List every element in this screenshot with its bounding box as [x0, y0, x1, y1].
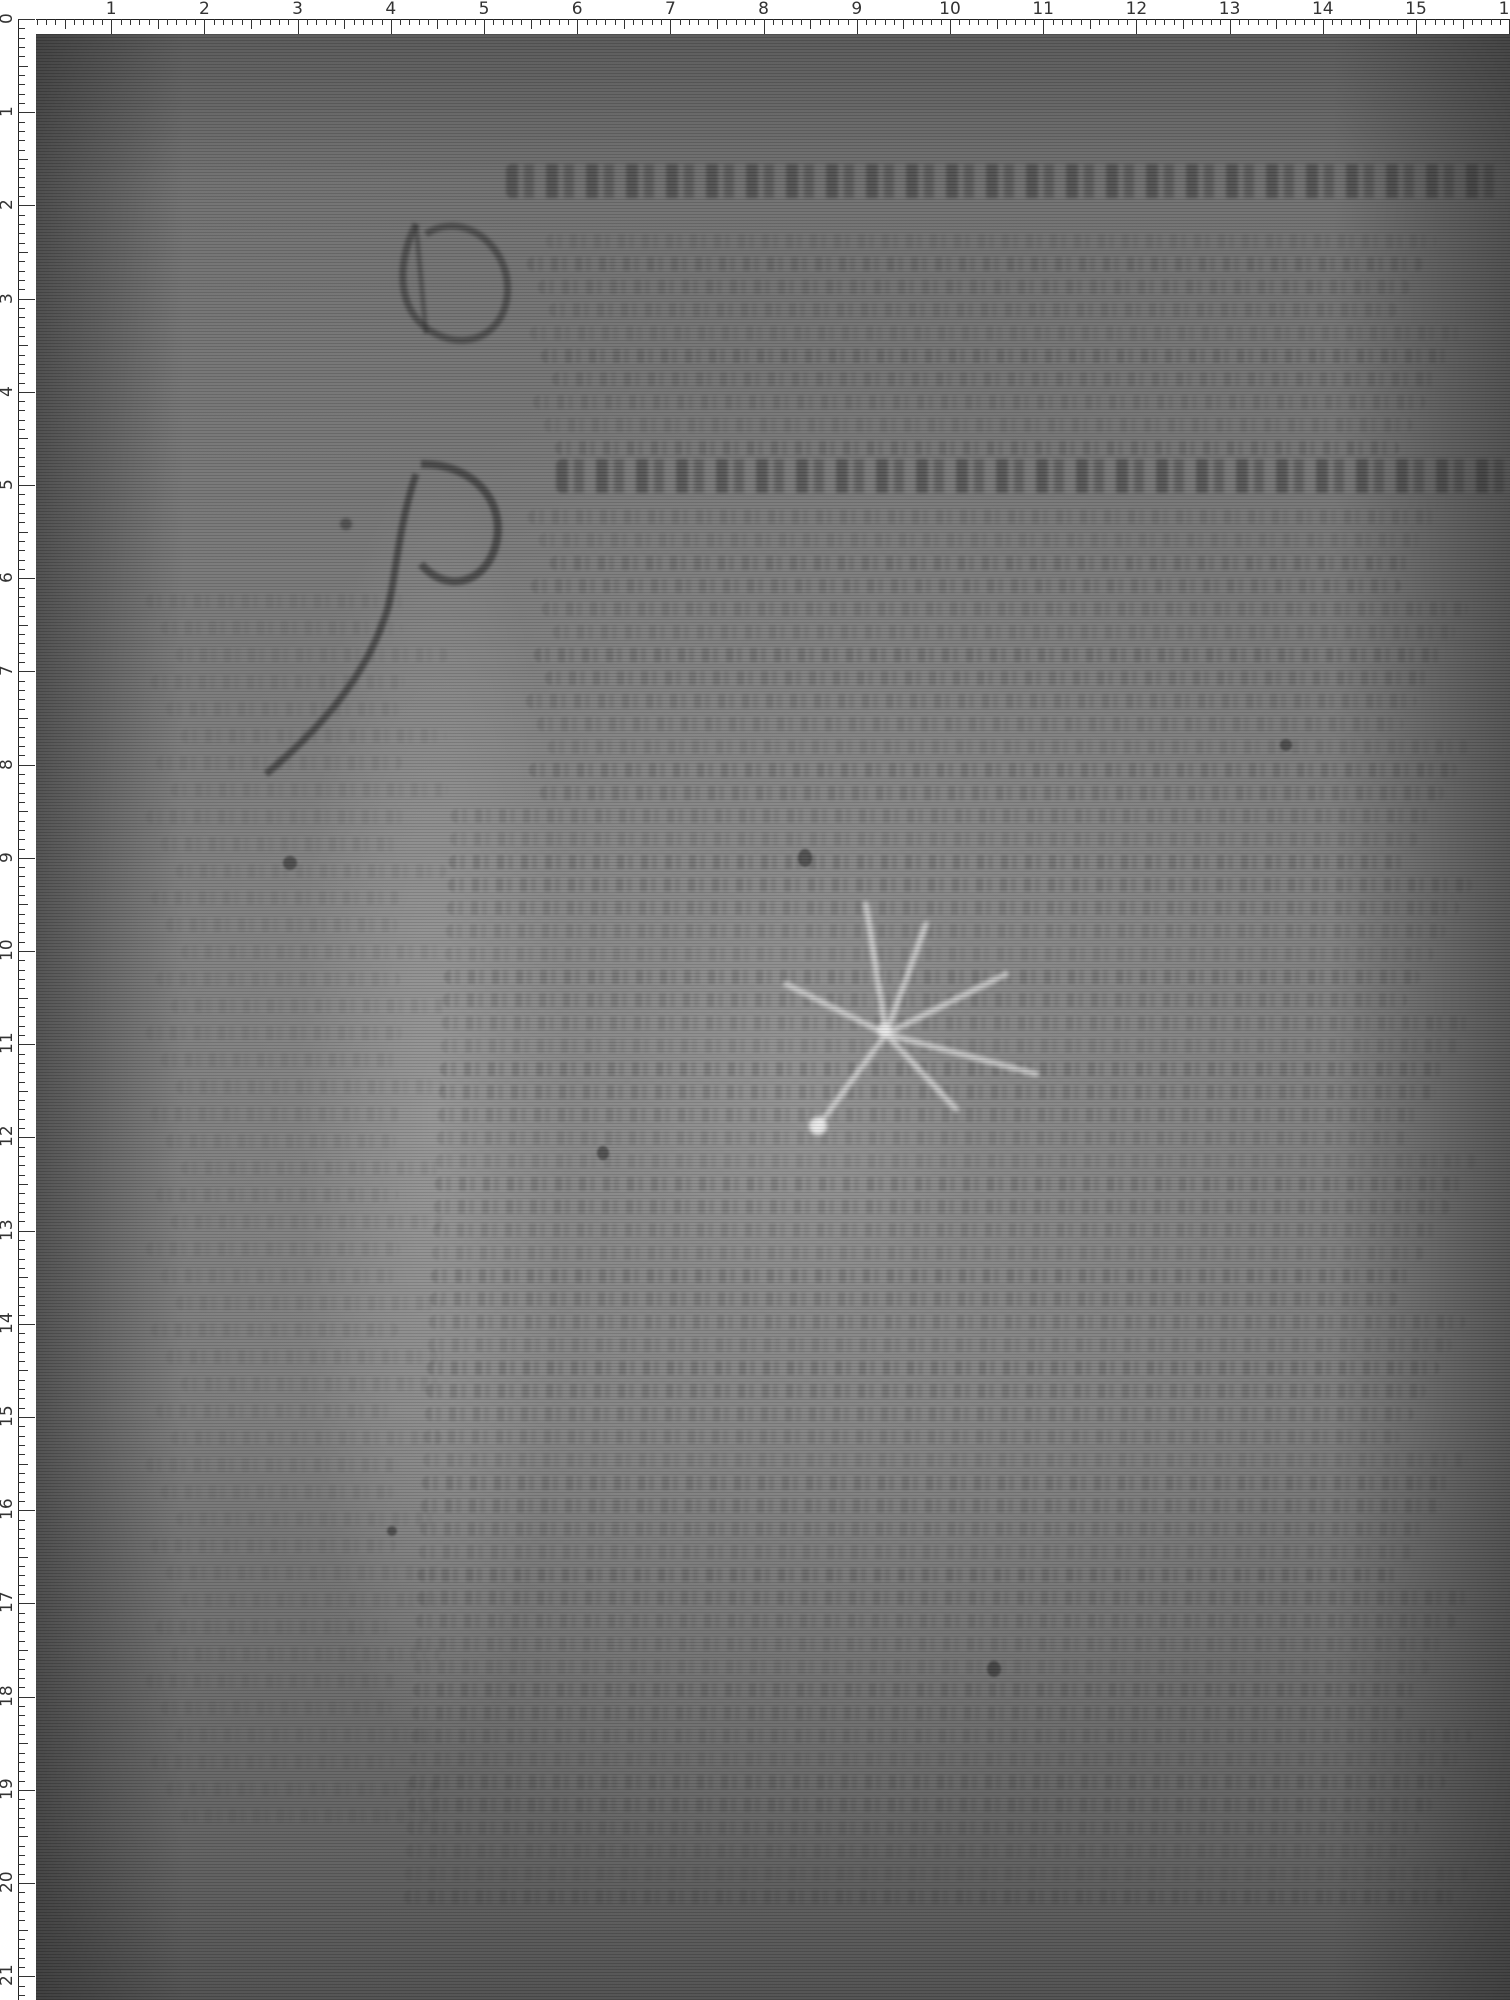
ruler-tick: [18, 112, 35, 113]
ruler-tick: [1146, 19, 1147, 25]
ruler-tick: [736, 19, 737, 25]
ruler-tick: [1025, 19, 1026, 25]
ruler-tick: [18, 625, 28, 626]
ruler-tick: [298, 19, 299, 34]
ruler-tick: [111, 19, 112, 34]
ruler-tick: [288, 19, 289, 25]
ruler-tick: [941, 19, 942, 25]
ruler-tick: [726, 19, 727, 25]
ruler-tick: [18, 1594, 25, 1595]
ruler-tick: [18, 1725, 25, 1726]
ruler-tick: [1453, 19, 1454, 25]
ruler-tick: [959, 19, 960, 25]
ruler-tick: [167, 19, 168, 25]
ruler-tick: [18, 1622, 25, 1623]
ruler-tick: [382, 19, 383, 25]
ruler-tick: [18, 1790, 35, 1791]
ruler-tick: [18, 205, 35, 206]
ruler-tick: [531, 19, 532, 29]
ruler-tick: [18, 1846, 25, 1847]
ruler-label: 5: [479, 0, 490, 19]
ruler-tick: [997, 19, 998, 29]
ruler-tick: [18, 1697, 35, 1698]
ruler-tick: [950, 19, 951, 34]
ruler-tick: [18, 578, 35, 579]
ruler-tick: [18, 1454, 25, 1455]
ruler-tick: [801, 19, 802, 25]
ruler-tick: [1332, 19, 1333, 25]
ruler-tick: [18, 1678, 25, 1679]
ruler-tick: [18, 1109, 25, 1110]
ruler-tick: [18, 1641, 25, 1642]
ruler-tick: [409, 19, 410, 25]
ruler-tick: [18, 1706, 25, 1707]
ruler-tick: [18, 560, 25, 561]
ruler-tick: [1276, 19, 1277, 29]
ruler-tick: [18, 1613, 25, 1614]
ruler-tick: [326, 19, 327, 25]
ruler-tick: [18, 774, 25, 775]
ruler-tick: [18, 1175, 25, 1176]
ruler-tick: [65, 19, 66, 29]
ruler-tick: [18, 1669, 25, 1670]
ruler-tick: [18, 1687, 25, 1688]
ruler-tick: [1323, 19, 1324, 34]
ruler-tick: [18, 131, 25, 132]
ruler-tick: [18, 1510, 35, 1511]
ruler-tick: [18, 755, 25, 756]
ruler-tick: [18, 494, 25, 495]
ruler-tick: [717, 19, 718, 29]
ruler-label: 20: [0, 1871, 16, 1893]
ruler-tick: [93, 19, 94, 25]
ruler-tick: [18, 1137, 35, 1138]
ruler-tick: [18, 336, 25, 337]
ruler-tick: [18, 886, 25, 887]
ruler-tick: [18, 737, 25, 738]
ruler-tick: [18, 653, 25, 654]
ruler-tick: [1127, 19, 1128, 25]
ruler-tick: [18, 923, 25, 924]
ruler-tick: [279, 19, 280, 25]
ruler-tick: [18, 364, 25, 365]
ruler-tick: [18, 942, 25, 943]
ruler-tick: [18, 1352, 25, 1353]
ruler-label: 12: [1126, 0, 1148, 19]
ruler-label: 15: [0, 1405, 16, 1427]
ruler-tick: [1397, 19, 1398, 25]
ruler-tick: [465, 19, 466, 25]
ruler-tick: [512, 19, 513, 25]
ruler-tick: [437, 19, 438, 29]
ruler-tick: [18, 1342, 25, 1343]
ruler-label: 2: [199, 0, 210, 19]
ruler-tick: [18, 1315, 25, 1316]
ruler-tick: [1248, 19, 1249, 25]
ruler-tick: [18, 1026, 25, 1027]
ruler-tick: [400, 19, 401, 25]
ruler-tick: [1053, 19, 1054, 25]
ruler-label: 4: [0, 386, 16, 397]
ruler-tick: [18, 634, 25, 635]
ruler-tick: [18, 252, 28, 253]
ruler-tick: [18, 1203, 25, 1204]
ruler-tick: [18, 1268, 25, 1269]
ruler-tick: [18, 1781, 25, 1782]
ruler-label: 15: [1405, 0, 1427, 19]
ruler-tick: [18, 373, 25, 374]
ruler-tick: [1258, 19, 1259, 25]
ruler-tick: [18, 662, 25, 663]
ruler-tick: [540, 19, 541, 25]
ruler-tick: [18, 94, 25, 95]
ruler-tick: [18, 1575, 25, 1576]
ruler-tick: [848, 19, 849, 25]
ruler-tick: [521, 19, 522, 25]
ruler-tick: [1099, 19, 1100, 25]
ruler-tick: [1304, 19, 1305, 25]
ruler-tick: [18, 802, 25, 803]
ruler-tick: [18, 504, 25, 505]
ruler-tick: [18, 970, 25, 971]
ruler-tick: [18, 727, 25, 728]
ruler-label: 1: [0, 106, 16, 117]
ruler-label: 10: [0, 939, 16, 961]
ruler-tick: [596, 19, 597, 25]
ruler-tick: [18, 1091, 28, 1092]
ruler-tick: [1369, 19, 1370, 29]
ruler-tick: [680, 19, 681, 25]
ruler-tick: [83, 19, 84, 25]
ruler-tick: [1071, 19, 1072, 25]
ruler-tick: [18, 1520, 25, 1521]
ruler-tick: [18, 1771, 25, 1772]
ruler-label: 3: [292, 0, 303, 19]
ruler-tick: [18, 932, 25, 933]
ruler-tick: [885, 19, 886, 25]
ruler-tick: [18, 1147, 25, 1148]
ruler-tick: [18, 1715, 25, 1716]
ruler-tick: [1155, 19, 1156, 25]
ruler-tick: [18, 47, 25, 48]
ruler-tick: [419, 19, 420, 25]
ruler-tick: [18, 541, 25, 542]
ruler-tick: [18, 1743, 28, 1744]
ruler-tick: [1425, 19, 1426, 25]
ruler-tick: [1230, 19, 1231, 34]
ruler-tick: [18, 569, 25, 570]
ruler-tick: [372, 19, 373, 25]
ruler-label: 8: [758, 0, 769, 19]
ruler-tick: [18, 1193, 25, 1194]
ruler-tick: [866, 19, 867, 25]
ruler-label: 9: [0, 852, 16, 863]
ruler-tick: [689, 19, 690, 25]
ruler-tick: [307, 19, 308, 25]
ruler-tick: [335, 19, 336, 25]
ruler-label: 6: [572, 0, 583, 19]
ruler-label: 1: [1499, 0, 1510, 19]
ruler-tick: [18, 1920, 25, 1921]
ruler-tick: [18, 1249, 25, 1250]
ruler-tick: [18, 821, 25, 822]
ruler-tick: [18, 914, 25, 915]
ruler-tick: [18, 718, 28, 719]
ruler-tick: [18, 1836, 28, 1837]
ruler-tick: [18, 597, 25, 598]
ruler-tick: [46, 19, 47, 25]
ruler-tick: [1183, 19, 1184, 29]
ruler-tick: [792, 19, 793, 25]
ruler-tick: [18, 1939, 25, 1940]
ruler-tick: [18, 1324, 35, 1325]
ruler-tick: [18, 1958, 25, 1959]
ruler-tick: [316, 19, 317, 25]
ruler-tick: [18, 56, 25, 57]
ruler-tick: [1239, 19, 1240, 25]
ruler-label: 9: [851, 0, 862, 19]
ruler-tick: [931, 19, 932, 25]
ruler-tick: [18, 84, 25, 85]
ruler-tick: [18, 513, 25, 514]
ruler-tick: [18, 951, 35, 952]
ruler-tick: [857, 19, 858, 34]
ruler-tick: [633, 19, 634, 25]
ruler-tick: [18, 233, 25, 234]
ruler-tick: [18, 1370, 28, 1371]
ruler-tick: [493, 19, 494, 25]
ruler-tick: [661, 19, 662, 25]
ruler-tick: [354, 19, 355, 25]
ruler-tick: [18, 1864, 25, 1865]
ruler-tick: [18, 1631, 25, 1632]
ruler-label: 21: [0, 1965, 16, 1987]
ruler-tick: [18, 1482, 25, 1483]
ruler-tick: [18, 215, 25, 216]
ruler-tick: [18, 550, 25, 551]
ruler-tick: [18, 895, 25, 896]
ruler-label: 5: [0, 479, 16, 490]
ruler-tick: [270, 19, 271, 25]
ruler-tick: [1295, 19, 1296, 25]
ruler-tick: [18, 271, 25, 272]
ruler-label: 8: [0, 759, 16, 770]
ruler-tick: [1043, 19, 1044, 34]
ruler-label: 7: [665, 0, 676, 19]
ruler-tick: [18, 1417, 35, 1418]
ruler-tick: [18, 1753, 25, 1754]
ruler-tick: [1081, 19, 1082, 25]
ruler-tick: [18, 66, 28, 67]
ruler-tick: [18, 643, 25, 644]
ruler-tick: [782, 19, 783, 25]
ruler-tick: [838, 19, 839, 25]
ruler-tick: [1463, 19, 1464, 29]
ruler-tick: [1220, 19, 1221, 25]
ruler-tick: [820, 19, 821, 25]
ruler-tick: [195, 19, 196, 25]
ruler-tick: [987, 19, 988, 25]
ruler-tick: [176, 19, 177, 25]
ruler-tick: [18, 150, 25, 151]
ruler-tick: [391, 19, 392, 34]
ruler-label: 7: [0, 666, 16, 677]
ruler-tick: [922, 19, 923, 25]
ruler-tick: [18, 1082, 25, 1083]
ruler-tick: [158, 19, 159, 29]
ruler-tick: [18, 1296, 25, 1297]
ruler-tick: [484, 19, 485, 34]
ruler-tick: [18, 699, 25, 700]
ruler-tick: [18, 466, 25, 467]
ruler-tick: [18, 345, 28, 346]
ruler-label: 2: [0, 200, 16, 211]
ruler-tick: [18, 1855, 25, 1856]
ruler-tick: [18, 1361, 25, 1362]
ruler-tick: [18, 1035, 25, 1036]
ruler-label: 17: [0, 1592, 16, 1614]
ruler-tick: [670, 19, 671, 34]
ruler-label: 1: [106, 0, 117, 19]
ruler-tick: [1136, 19, 1137, 34]
ruler-label: 13: [1219, 0, 1241, 19]
ruler-tick: [18, 28, 25, 29]
ruler-tick: [503, 19, 504, 25]
ruler-tick: [18, 839, 25, 840]
ruler-tick: [577, 19, 578, 34]
ruler-tick: [1341, 19, 1342, 25]
ruler-tick: [18, 746, 25, 747]
ruler-tick: [18, 960, 25, 961]
ruler-label: 16: [0, 1499, 16, 1521]
ruler-label: 18: [0, 1685, 16, 1707]
ruler-tick: [18, 177, 25, 178]
ruler-tick: [363, 19, 364, 25]
ruler-tick: [18, 308, 25, 309]
ruler-tick: [18, 1967, 25, 1968]
ruler-tick: [18, 1874, 25, 1875]
ruler-tick: [18, 103, 25, 104]
manuscript-scan: [36, 34, 1510, 2000]
ruler-tick: [568, 19, 569, 25]
ruler-tick: [18, 1305, 25, 1306]
ruler-tick: [1062, 19, 1063, 25]
ruler-tick: [708, 19, 709, 25]
ruler-tick: [1174, 19, 1175, 25]
ruler-tick: [214, 19, 215, 25]
ruler-tick: [18, 1799, 25, 1800]
ruler-tick: [18, 998, 28, 999]
ruler-tick: [1388, 19, 1389, 25]
ruler-tick: [615, 19, 616, 25]
ruler-tick: [773, 19, 774, 25]
ruler-tick: [18, 1054, 25, 1055]
ruler-tick: [18, 168, 25, 169]
ruler-tick: [18, 1287, 25, 1288]
ruler-tick: [18, 224, 25, 225]
ruler-tick: [149, 19, 150, 25]
ruler-tick: [18, 876, 25, 877]
ruler-tick: [18, 867, 25, 868]
ruler-tick: [18, 681, 25, 682]
ruler-tick: [1351, 19, 1352, 25]
ruler-tick: [18, 476, 25, 477]
ruler-tick: [18, 1445, 25, 1446]
ruler-tick: [456, 19, 457, 25]
horizontal-ruler: 01234567891011121314151: [0, 0, 1510, 34]
ruler-tick: [18, 448, 25, 449]
ruler-tick: [642, 19, 643, 25]
ruler-tick: [18, 1827, 25, 1828]
ruler-tick: [344, 19, 345, 29]
ruler-tick: [18, 19, 35, 20]
ruler-tick: [18, 858, 35, 859]
ruler-tick: [1006, 19, 1007, 25]
ruler-tick: [587, 19, 588, 25]
ruler-tick: [18, 485, 35, 486]
ruler-baseline: [18, 19, 19, 2000]
ruler-tick: [18, 392, 35, 393]
ruler-tick: [18, 1762, 25, 1763]
ruler-tick: [186, 19, 187, 25]
ruler-tick: [1314, 19, 1315, 25]
ruler-tick: [18, 606, 25, 607]
ruler-tick: [1444, 19, 1445, 25]
ruler-tick: [18, 1212, 25, 1213]
ruler-tick: [18, 1892, 25, 1893]
ruler-tick: [18, 979, 25, 980]
ruler-tick: [18, 1408, 25, 1409]
ruler-tick: [18, 401, 25, 402]
ruler-tick: [1118, 19, 1119, 25]
ruler-tick: [18, 1650, 28, 1651]
ruler-label: 3: [0, 293, 16, 304]
ruler-label: 19: [0, 1778, 16, 1800]
ruler-tick: [18, 261, 25, 262]
ruler-tick: [18, 1016, 25, 1017]
ruler-tick: [18, 811, 28, 812]
ruler-label: 0: [0, 13, 16, 24]
ruler-tick: [74, 19, 75, 25]
ruler-tick: [1015, 19, 1016, 25]
ruler-label: 13: [0, 1219, 16, 1241]
ruler-tick: [18, 588, 25, 589]
ruler-tick: [139, 19, 140, 25]
ruler-tick: [18, 709, 25, 710]
ruler-label: 11: [1032, 0, 1054, 19]
ruler-tick: [18, 1044, 35, 1045]
ruler-tick: [18, 1986, 25, 1987]
ruler-tick: [18, 140, 25, 141]
ruler-tick: [1164, 19, 1165, 25]
ruler-tick: [829, 19, 830, 25]
ruler-tick: [18, 1221, 25, 1222]
ruler-tick: [559, 19, 560, 25]
ruler-tick: [18, 420, 25, 421]
ruler-tick: [18, 1734, 25, 1735]
ruler-tick: [1481, 19, 1482, 25]
ruler-tick: [913, 19, 914, 25]
ruler-tick: [223, 19, 224, 25]
ruler-tick: [969, 19, 970, 25]
ruler-tick: [55, 19, 56, 25]
ruler-tick: [1407, 19, 1408, 25]
ruler-tick: [18, 383, 25, 384]
ruler-tick: [18, 1948, 25, 1949]
ruler-tick: [18, 243, 25, 244]
ruler-tick: [18, 1063, 25, 1064]
ruler-tick: [18, 1436, 25, 1437]
